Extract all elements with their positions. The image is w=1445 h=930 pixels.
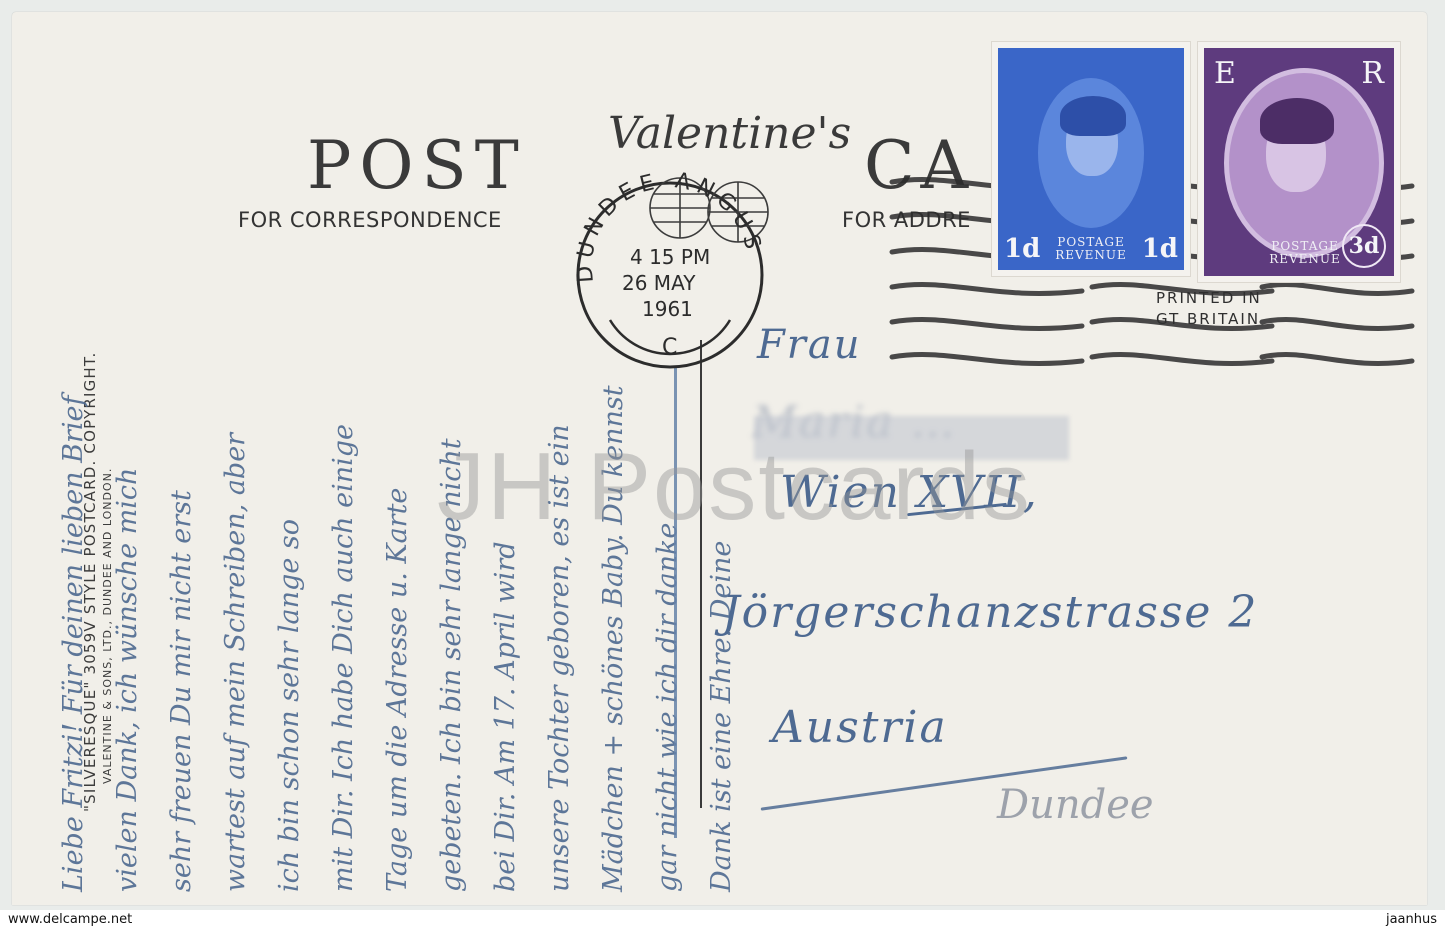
address-line-country: Austria [772, 702, 948, 753]
post-heading: POST [307, 127, 527, 204]
message-line: ich bin schon sehr lange so [263, 385, 317, 892]
stamp-value-right: 1d [1142, 234, 1178, 264]
svg-text:26 MAY: 26 MAY [622, 271, 696, 295]
stamp-one-penny: 1d 1d POSTAGE REVENUE [992, 42, 1190, 276]
address-label: FOR ADDRE [842, 208, 971, 232]
printed-in-line-2: GT BRITAIN [1156, 309, 1262, 330]
stamp-caption-revenue: REVENUE [1260, 253, 1350, 266]
printed-in-line-1: PRINTED IN [1156, 288, 1262, 309]
message-line: vielen Dank, ich wünsche mich [101, 385, 155, 892]
svg-text:1961: 1961 [642, 297, 693, 321]
stamp-cypher-r: R [1361, 56, 1384, 91]
footer-site-link[interactable]: www.delcampe.net [8, 912, 132, 927]
stamp-cypher-e: E [1214, 56, 1236, 91]
watermark: JH Postcards [437, 432, 1032, 542]
correspondence-label: FOR CORRESPONDENCE [238, 208, 502, 232]
printed-in-label: PRINTED IN GT BRITAIN [1156, 288, 1262, 330]
message-line: wartest auf mein Schreiben, aber [209, 385, 263, 892]
address-line-salutation: Frau [757, 322, 861, 368]
footer-bar: www.delcampe.net jaanhus [0, 910, 1445, 930]
stamp-caption: POSTAGE REVENUE [1044, 236, 1138, 262]
publisher-brand: Valentine's [608, 108, 851, 159]
svg-text:4 15 PM: 4 15 PM [630, 245, 710, 269]
message-line: sehr freuen Du mir nicht erst [155, 385, 209, 892]
message-line: Liebe Fritzi! Für deinen lieben Brief [47, 385, 101, 892]
stamp-value-left: 1d [1004, 234, 1040, 264]
center-divider-line [700, 340, 702, 808]
crown-icon [1260, 98, 1334, 144]
postcard: Valentine's POST CA FOR CORRESPONDENCE F… [12, 12, 1427, 905]
address-line-street: Jörgerschanzstrasse 2 [722, 587, 1258, 638]
svg-text:C: C [662, 335, 677, 360]
stamp-caption-revenue: REVENUE [1044, 249, 1138, 262]
footer-seller-name[interactable]: jaanhus [1386, 912, 1437, 927]
pencil-note: Dundee [997, 782, 1154, 828]
crown-icon [1060, 96, 1126, 136]
card-heading: CA [864, 127, 974, 204]
stamp-caption: POSTAGE REVENUE [1260, 240, 1350, 266]
message-line: mit Dir. Ich habe Dich auch einige [317, 385, 371, 892]
stamp-three-pence: E R 3d POSTAGE REVENUE [1198, 42, 1400, 282]
message-line: Tage um die Adresse u. Karte [371, 385, 425, 892]
